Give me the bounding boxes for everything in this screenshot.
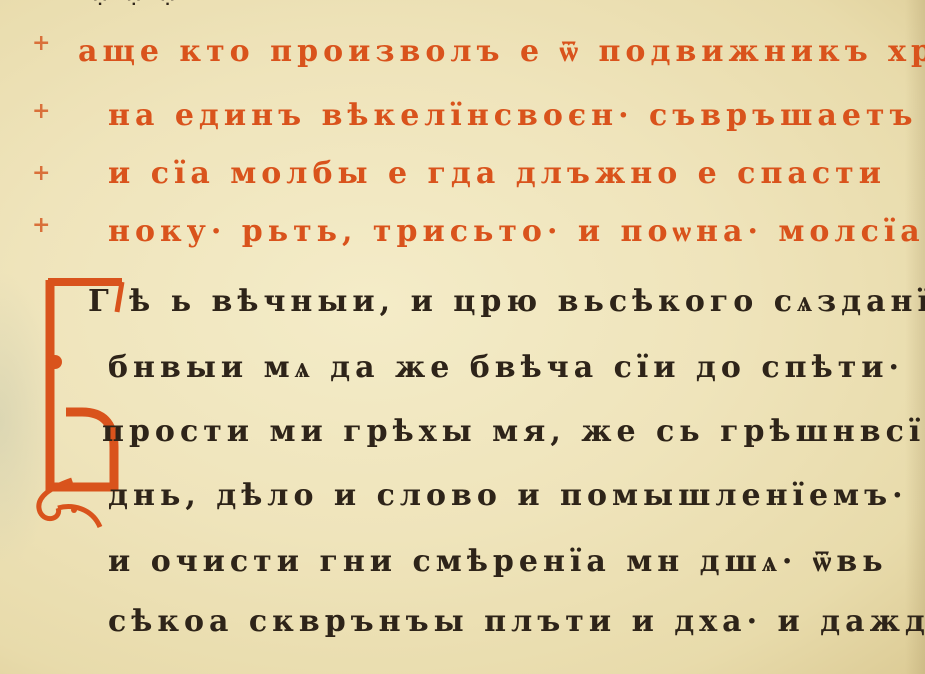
body-text-line: прости ми грѣхы мя, же сь грѣшнвсїи <box>102 414 925 449</box>
margin-cross-mark: + <box>32 30 50 56</box>
top-partial-line: ⁘ ⁘ ⁘ <box>90 0 181 14</box>
rubric-line: аще кто произволъ е ѿ подвижникъ христѣ … <box>78 34 925 69</box>
margin-cross-mark: + <box>32 98 50 124</box>
body-text-line: днь, дѣло и слово и помышленїемъ· <box>108 478 908 513</box>
body-text-line: бнвыи мѧ да же бвѣча сїи до спѣти· <box>108 350 904 385</box>
rubric-line: ноку· рьть, трисьто· и поѡна· молсїа: <box>108 214 925 249</box>
body-text-line: и очисти гни смѣренїа мн дшѧ· ѿвь <box>108 544 888 579</box>
body-text-line: сѣкоа скврънъы плъти и дха· и даждь <box>108 604 925 639</box>
rubric-line: на единъ вѣкелїнсвоєн· съвръшаетъ <box>108 98 918 133</box>
margin-cross-mark: + <box>32 212 50 238</box>
rubric-line: и сїа молбы е гда длъжно е спасти <box>108 156 886 191</box>
body-text-line: Г ѣ ь вѣчныи, и црю вьсѣкого сѧзданїа· с… <box>88 284 925 319</box>
margin-cross-mark: + <box>32 160 50 186</box>
